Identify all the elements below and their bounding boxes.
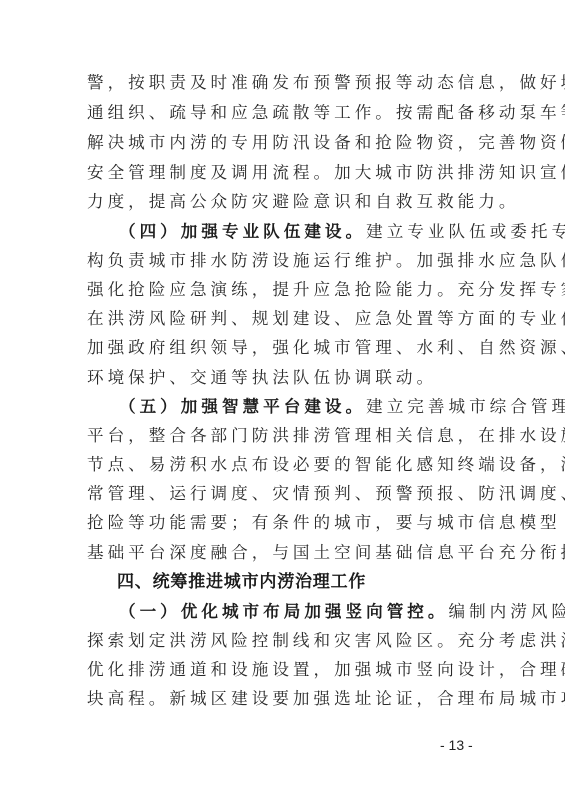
paragraph-first-line: （一）优化城市布局加强竖向管控。编制内涝风险图，: [119, 599, 519, 623]
text-line: 解决城市内涝的专用防汛设备和抢险物资，完善物资储备、: [87, 131, 487, 155]
paragraph-text: 建立完善城市综合管理信息: [366, 397, 565, 416]
text-line: 平台，整合各部门防洪排涝管理相关信息，在排水设施关键: [87, 424, 487, 448]
text-line: 抢险等功能需要；有条件的城市，要与城市信息模型（CIM）: [87, 511, 487, 535]
text-line: 环境保护、交通等执法队伍协调联动。: [87, 366, 487, 390]
paragraph-lead-heading: （五）加强智慧平台建设。: [119, 396, 366, 416]
text-line: 在洪涝风险研判、规划建设、应急处置等方面的专业作用。: [87, 307, 487, 331]
text-line: 构负责城市排水防涝设施运行维护。加强排水应急队伍建设，: [87, 249, 487, 273]
text-line: 探索划定洪涝风险控制线和灾害风险区。充分考虑洪涝风险，: [87, 629, 487, 653]
paragraph-first-line: （五）加强智慧平台建设。建立完善城市综合管理信息: [119, 394, 519, 418]
section-heading: 四、统筹推进城市内涝治理工作: [117, 569, 366, 595]
text-line: 节点、易涝积水点布设必要的智能化感知终端设备，满足日: [87, 453, 487, 477]
text-line: 基础平台深度融合，与国土空间基础信息平台充分衔接。: [87, 541, 487, 565]
paragraph-text: 建立专业队伍或委托专业机: [366, 222, 565, 241]
document-page: 警，按职责及时准确发布预警预报等动态信息，做好城区交 通组织、疏导和应急疏散等工…: [0, 0, 565, 800]
page-number: - 13 -: [440, 737, 473, 753]
text-line: 强化抢险应急演练，提升应急抢险能力。充分发挥专家团队: [87, 278, 487, 302]
paragraph-first-line: （四）加强专业队伍建设。建立专业队伍或委托专业机: [119, 219, 519, 243]
text-line: 安全管理制度及调用流程。加大城市防洪排涝知识宣传教育: [87, 161, 487, 185]
text-line: 加强政府组织领导，强化城市管理、水利、自然资源、生态: [87, 336, 487, 360]
text-line: 优化排涝通道和设施设置，加强城市竖向设计，合理确定地: [87, 658, 487, 682]
text-line: 警，按职责及时准确发布预警预报等动态信息，做好城区交: [87, 71, 487, 95]
text-line: 力度，提高公众防灾避险意识和自救互救能力。: [87, 190, 487, 214]
text-line: 通组织、疏导和应急疏散等工作。按需配备移动泵车等快速: [87, 101, 487, 125]
paragraph-lead-heading: （一）优化城市布局加强竖向管控。: [119, 601, 449, 621]
text-line: 块高程。新城区建设要加强选址论证，合理布局城市功能，: [87, 687, 487, 711]
text-line: 常管理、运行调度、灾情预判、预警预报、防汛调度、应急: [87, 482, 487, 506]
paragraph-lead-heading: （四）加强专业队伍建设。: [119, 221, 366, 241]
paragraph-text: 编制内涝风险图，: [449, 602, 565, 621]
